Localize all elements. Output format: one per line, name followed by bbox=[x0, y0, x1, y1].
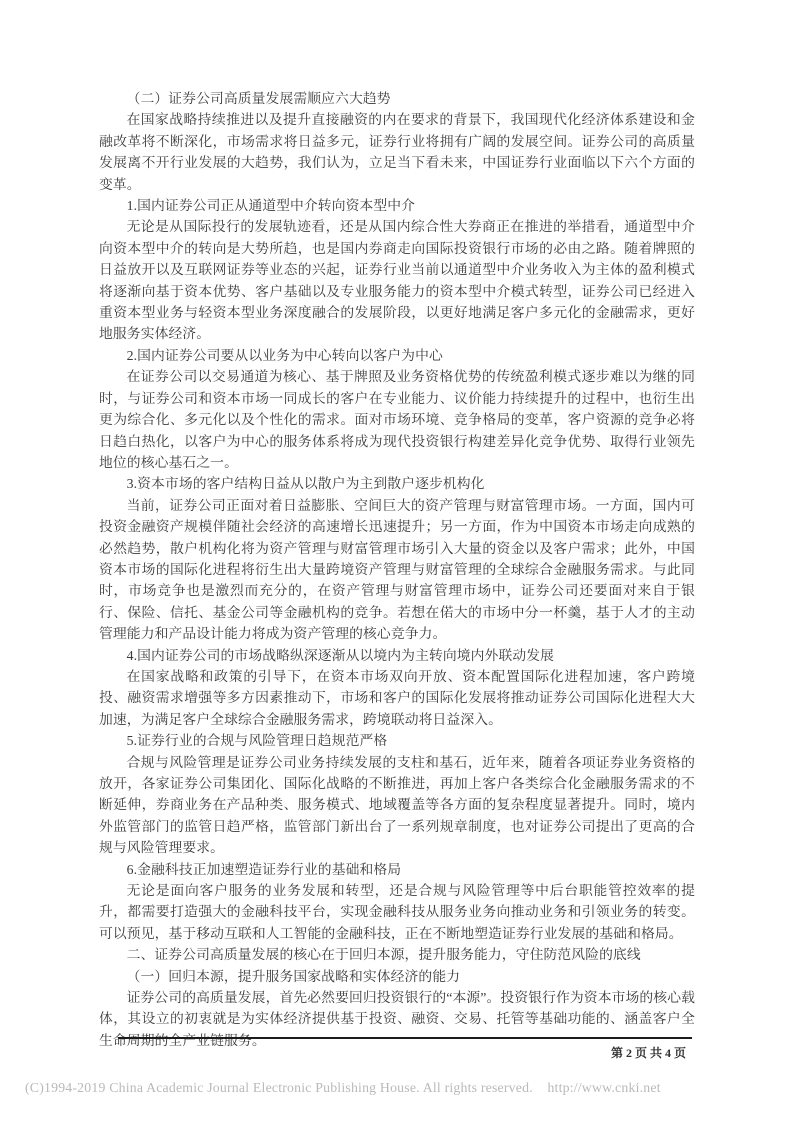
document-page: （二）证券公司高质量发展需顺应六大趋势在国家战略持续推进以及提升直接融资的内在要… bbox=[0, 0, 793, 1122]
item-heading: 2.国内证券公司要从以业务为中心转向以客户为中心 bbox=[99, 345, 695, 366]
subheading: （二）证券公司高质量发展需顺应六大趋势 bbox=[99, 88, 695, 109]
footer-divider bbox=[118, 1037, 692, 1039]
page-indicator: 第 2 页 共 4 页 bbox=[611, 1044, 686, 1061]
paragraph: 当前，证券公司正面对着日益膨胀、空间巨大的资产管理与财富管理市场。一方面，国内可… bbox=[99, 495, 695, 645]
paragraph: 合规与风险管理是证券公司业务持续发展的支柱和基石，近年来，随着各项证券业务资格的… bbox=[99, 752, 695, 859]
section-heading: 二、证券公司高质量发展的核心在于回归本源，提升服务能力，守住防范风险的底线 bbox=[99, 944, 695, 965]
document-body: （二）证券公司高质量发展需顺应六大趋势在国家战略持续推进以及提升直接融资的内在要… bbox=[99, 88, 695, 1051]
paragraph: 在证券公司以交易通道为核心、基于牌照及业务资格优势的传统盈利模式逐步难以为继的同… bbox=[99, 366, 695, 473]
subheading: （一）回归本源，提升服务国家战略和实体经济的能力 bbox=[99, 966, 695, 987]
paragraph: 证券公司的高质量发展，首先必然要回归投资银行的“本源”。投资银行作为资本市场的核… bbox=[99, 987, 695, 1051]
copyright-watermark: (C)1994-2019 China Academic Journal Elec… bbox=[25, 1080, 661, 1096]
item-heading: 4.国内证券公司的市场战略纵深逐渐从以境内为主转向境内外联动发展 bbox=[99, 645, 695, 666]
paragraph: 在国家战略和政策的引导下，在资本市场双向开放、资本配置国际化进程加速，客户跨境投… bbox=[99, 666, 695, 730]
item-heading: 1.国内证券公司正从通道型中介转向资本型中介 bbox=[99, 195, 695, 216]
item-heading: 6.金融科技正加速塑造证券行业的基础和格局 bbox=[99, 859, 695, 880]
paragraph: 无论是从国际投行的发展轨迹看，还是从国内综合性大券商正在推进的举措看，通道型中介… bbox=[99, 216, 695, 344]
item-heading: 3.资本市场的客户结构日益从以散户为主到散户逐步机构化 bbox=[99, 473, 695, 494]
item-heading: 5.证券行业的合规与风险管理日趋规范严格 bbox=[99, 730, 695, 751]
paragraph: 在国家战略持续推进以及提升直接融资的内在要求的背景下，我国现代化经济体系建设和金… bbox=[99, 109, 695, 195]
paragraph: 无论是面向客户服务的业务发展和转型，还是合规与风险管理等中后台职能管控效率的提升… bbox=[99, 880, 695, 944]
